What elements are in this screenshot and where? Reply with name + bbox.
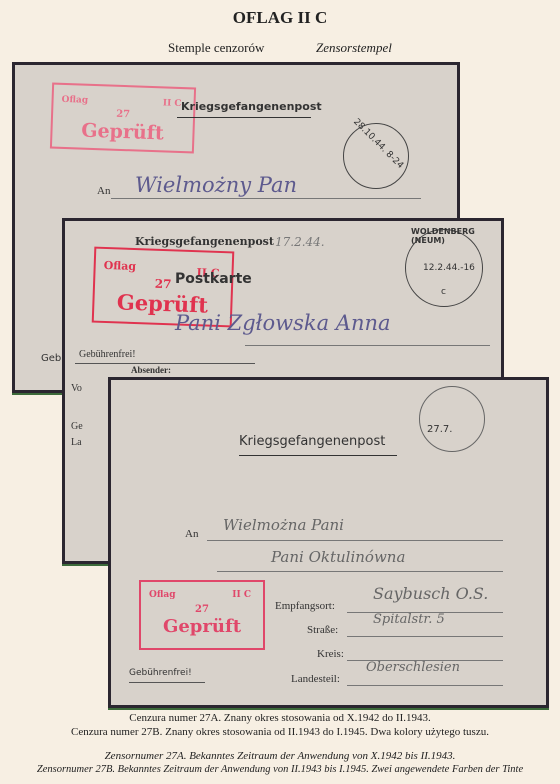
censor-stamp: Oflag II C 27 Geprüft xyxy=(139,580,265,650)
handwritten-line: Wielmożna Pani xyxy=(223,516,344,534)
caption-de-1: Zensornumer 27A. Bekanntes Zeitraum der … xyxy=(0,750,560,762)
caption-pl-1: Cenzura numer 27A. Znany okres stosowani… xyxy=(0,712,560,724)
handwritten-address: Pani Zgłowska Anna xyxy=(175,311,391,335)
subtitle-polish: Stemple cenzorów xyxy=(168,40,264,56)
heading-underline xyxy=(239,455,397,456)
handwritten-line: Saybusch O.S. xyxy=(373,584,488,603)
handwritten-address: Wielmożny Pan xyxy=(135,173,297,197)
postmark xyxy=(419,386,485,452)
side-label: Vo xyxy=(71,383,82,394)
field-label: Straße: xyxy=(307,624,338,636)
fee-underline xyxy=(75,363,255,364)
field-label: Kreis: xyxy=(317,648,344,660)
side-label: La xyxy=(71,437,82,448)
postmark-letter: c xyxy=(441,287,446,297)
side-label: Ge xyxy=(71,421,83,432)
censor-stamp: Oflag II C 27 Geprüft xyxy=(50,83,196,154)
postcard-3: 27.7. Kriegsgefangenenpost An Wielmożna … xyxy=(108,377,549,708)
field-line xyxy=(347,685,503,686)
postmark xyxy=(343,123,409,189)
address-line xyxy=(207,540,503,541)
postmark-town: WOLDENBERG (NEUM) xyxy=(411,227,501,245)
address-label: An xyxy=(97,185,110,197)
fee-label: Gebührenfrei! xyxy=(129,668,192,678)
field-label: Landesteil: xyxy=(291,673,340,685)
address-line xyxy=(111,198,421,199)
card-heading: Kriegsgefangenenpost xyxy=(181,100,322,113)
card-heading: Kriegsgefangenenpost xyxy=(239,434,385,449)
handwritten-line: Oberschlesien xyxy=(366,660,460,675)
field-line xyxy=(347,636,503,637)
page-title: OFLAG II C xyxy=(0,8,560,28)
sender-label: Absender: xyxy=(131,365,171,375)
heading-underline xyxy=(177,117,311,118)
card-heading: Kriegsgefangenenpost xyxy=(135,235,274,248)
postmark-date: 12.2.44.-16 xyxy=(423,263,475,273)
caption-de-2: Zensornumer 27B. Bekanntes Zeitraum der … xyxy=(0,764,560,775)
fee-underline xyxy=(129,682,205,683)
postkarte-heading: Postkarte xyxy=(175,271,252,287)
fee-label: Gebührenfrei! xyxy=(79,349,136,360)
address-label: An xyxy=(185,528,198,540)
field-label: Empfangsort: xyxy=(275,600,335,612)
address-line xyxy=(245,345,490,346)
caption-pl-2: Cenzura numer 27B. Znany okres stosowani… xyxy=(0,726,560,738)
handwritten-date: 17.2.44. xyxy=(275,235,325,249)
subtitle-german: Zensorstempel xyxy=(316,40,392,56)
handwritten-line: Pani Oktulinówna xyxy=(271,548,405,566)
address-line xyxy=(217,571,503,572)
handwritten-line: Spitalstr. 5 xyxy=(373,612,445,627)
postmark-date: 27.7. xyxy=(427,424,452,435)
